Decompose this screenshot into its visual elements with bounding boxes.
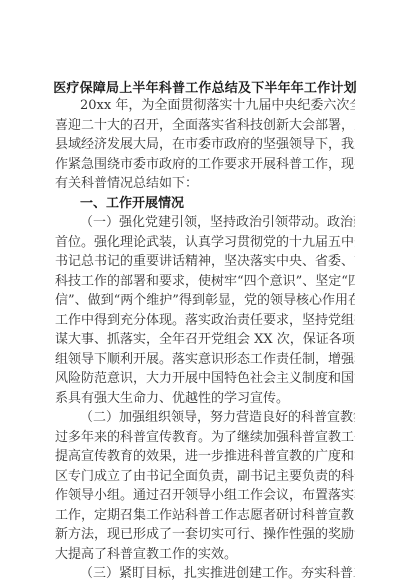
paragraph-line: 作领导小组。通过召开领导小组工作会议，布置落实科普宣教 xyxy=(55,486,355,505)
paragraph-line: 区专门成立了由书记全面负责，副书记主要负责的科普宣教工 xyxy=(55,467,355,486)
paragraph-line: 新方法，现已形成了一套切实可行、操作性强的奖励制度，大 xyxy=(55,525,355,544)
paragraph-line: （二）加强组织领导，努力营造良好的科普宣教氛围。经 xyxy=(80,408,355,427)
paragraph-line: 风险防范意识，大力开展中国特色社会主义制度和国家治理体 xyxy=(55,369,355,388)
paragraph-line: 大提高了科普宣教工作的实效。 xyxy=(55,545,355,564)
paragraph-line: 县域经济发展大局，在市委市政府的坚强领导下，我局科普工 xyxy=(55,135,355,154)
paragraph-line: 20xx 年，为全面贯彻落实十九届中央纪委六次全会精神， xyxy=(80,96,355,115)
paragraph-line: （一）强化党建引领，坚持政治引领带动。政治建设摆在 xyxy=(80,213,355,232)
paragraph-line: 喜迎二十大的召开，全面落实省科技创新大会部署，紧紧围绕 xyxy=(55,116,355,135)
paragraph-line: 谋大事、抓落实，全年召开党组会 XX 次，保证各项工作在党 xyxy=(55,330,355,349)
paragraph-line: 过多年来的科普宣传教育。为了继续加强科普宣教工作的力度， xyxy=(55,428,355,447)
paragraph-line: 有关科普情况总结如下： xyxy=(55,174,355,193)
paragraph-line: 信”、做到“两个维护”得到彰显，党的领导核心作用在全局 xyxy=(55,291,355,310)
paragraph-line: 提高宣传教育的效果，进一步推进科普宣教的广度和深度，社 xyxy=(55,447,355,466)
paragraph-line: 工作，定期召集工作站科普工作志愿者研讨科普宣教的新思路、 xyxy=(55,506,355,525)
paragraph-line: 作紧急围绕市委市政府的工作要求开展科普工作，现在将我局 xyxy=(55,155,355,174)
document-page: 医疗保障局上半年科普工作总结及下半年年工作计划 20xx 年，为全面贯彻落实十九… xyxy=(0,0,410,580)
paragraph-line: 系具有强大生命力、优越性的学习宣传。 xyxy=(55,389,355,408)
document-title: 医疗保障局上半年科普工作总结及下半年年工作计划 xyxy=(0,77,410,96)
paragraph-line: 科技工作的部署和要求，使树牢“四个意识”、坚定“四个自 xyxy=(55,272,355,291)
paragraph-line: 首位。强化理论武装，认真学习贯彻党的十九届五中全会、总 xyxy=(55,233,355,252)
paragraph-line: 书记总书记的重要讲话精神，坚决落实中央、省委、市委关于 xyxy=(55,252,355,271)
paragraph-line: （三）紧盯目标，扎实推进创建工作。夯实科普工作基层。 xyxy=(80,564,355,580)
paragraph-line: 工作中得到充分体现。落实政治责任要求，坚持党组把方向、 xyxy=(55,311,355,330)
section-heading: 一、工作开展情况 xyxy=(80,194,380,213)
paragraph-line: 组领导下顺利开展。落实意识形态工作责任制，增强科技创新 xyxy=(55,350,355,369)
